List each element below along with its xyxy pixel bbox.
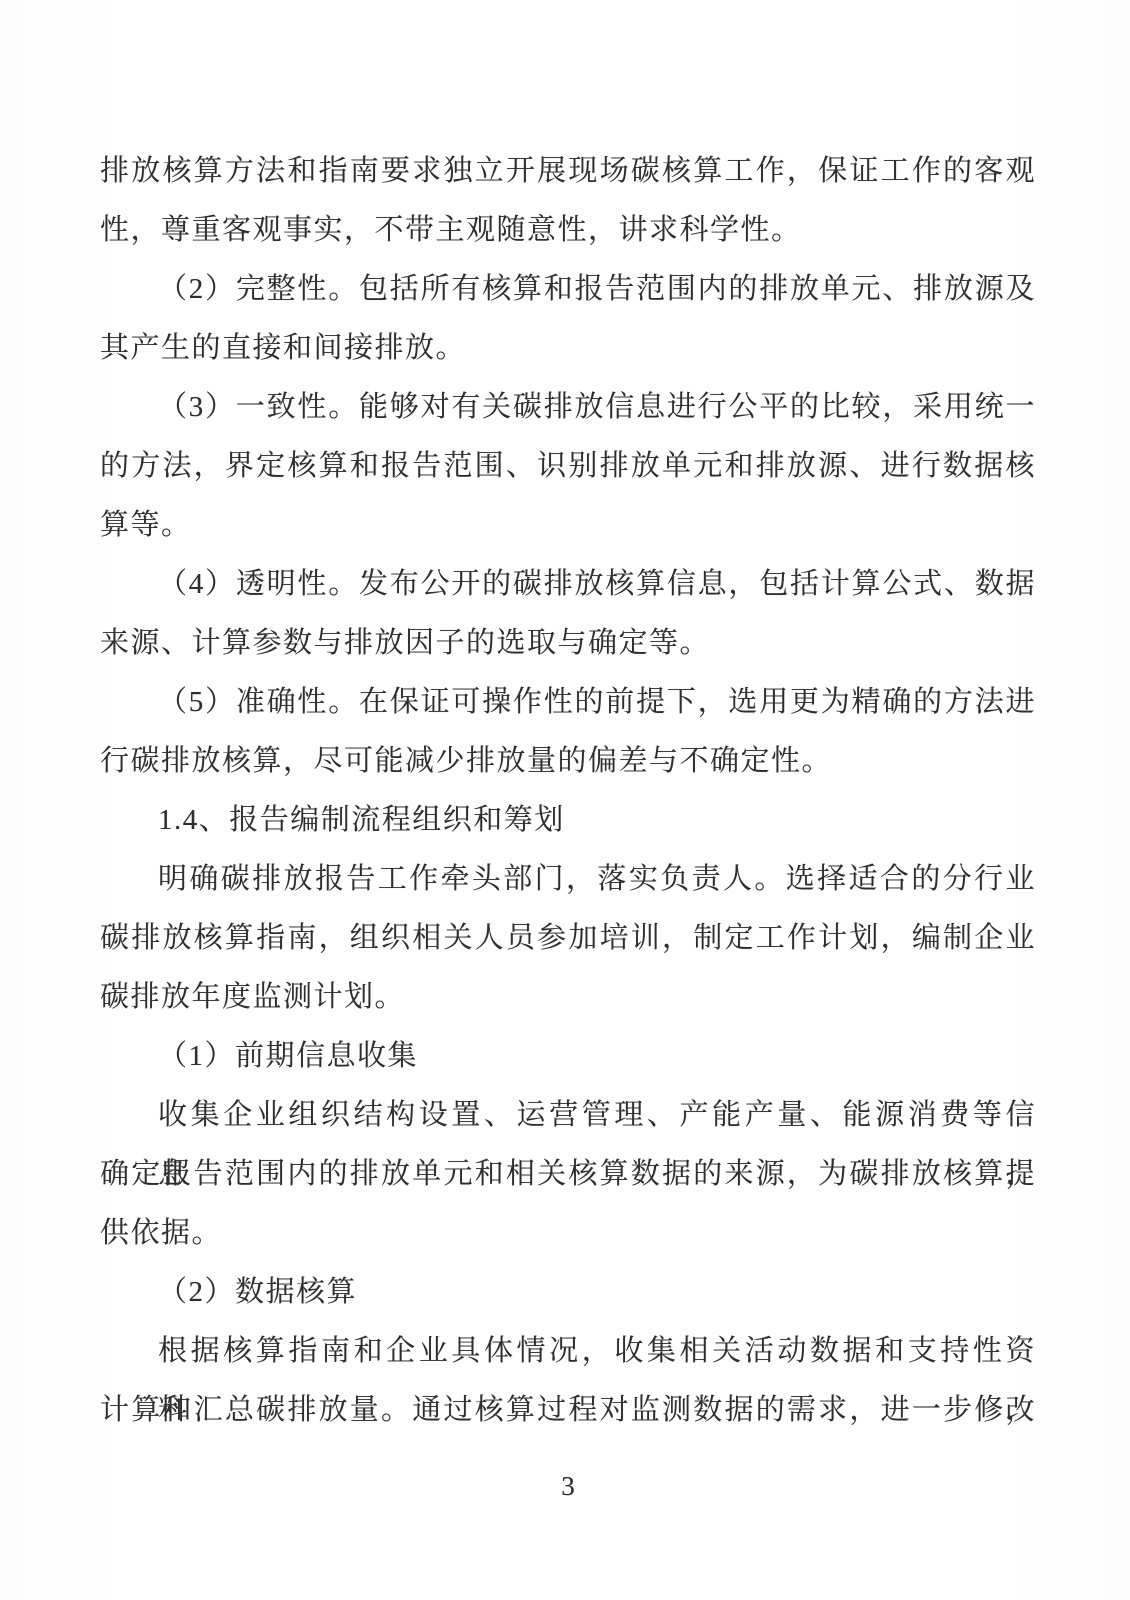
list-item-2-completeness: （2）完整性。包括所有核算和报告范围内的排放单元、排放源及 — [100, 260, 1036, 319]
text-line: 收集企业组织结构设置、运营管理、产能产量、能源消费等信息， — [100, 1086, 1036, 1145]
subsection-heading-2-data-accounting: （2）数据核算 — [100, 1263, 1036, 1322]
text-line: 明确碳排放报告工作牵头部门，落实负责人。选择适合的分行业 — [100, 850, 1036, 909]
text-line: 碳排放年度监测计划。 — [100, 968, 1036, 1027]
document-page: 排放核算方法和指南要求独立开展现场碳核算工作，保证工作的客观 性，尊重客观事实，… — [0, 0, 1130, 1600]
text-line: 根据核算指南和企业具体情况，收集相关活动数据和支持性资料， — [100, 1322, 1036, 1381]
text-line: 其产生的直接和间接排放。 — [100, 319, 1036, 378]
text-line: 行碳排放核算，尽可能减少排放量的偏差与不确定性。 — [100, 732, 1036, 791]
text-line: 算等。 — [100, 496, 1036, 555]
text-line: 排放核算方法和指南要求独立开展现场碳核算工作，保证工作的客观 — [100, 142, 1036, 201]
subsection-heading-1-info-collection: （1）前期信息收集 — [100, 1027, 1036, 1086]
text-line: 碳排放核算指南，组织相关人员参加培训，制定工作计划，编制企业 — [100, 909, 1036, 968]
text-line: 性，尊重客观事实，不带主观随意性，讲求科学性。 — [100, 201, 1036, 260]
text-line: 的方法，界定核算和报告范围、识别排放单元和排放源、进行数据核 — [100, 437, 1036, 496]
text-line: 确定报告范围内的排放单元和相关核算数据的来源，为碳排放核算提 — [100, 1145, 1036, 1204]
list-item-4-transparency: （4）透明性。发布公开的碳排放核算信息，包括计算公式、数据 — [100, 555, 1036, 614]
text-block: 排放核算方法和指南要求独立开展现场碳核算工作，保证工作的客观 性，尊重客观事实，… — [100, 142, 1036, 1440]
text-line: 来源、计算参数与排放因子的选取与确定等。 — [100, 614, 1036, 673]
list-item-5-accuracy: （5）准确性。在保证可操作性的前提下，选用更为精确的方法进 — [100, 673, 1036, 732]
text-line: 供依据。 — [100, 1204, 1036, 1263]
list-item-3-consistency: （3）一致性。能够对有关碳排放信息进行公平的比较，采用统一 — [100, 378, 1036, 437]
section-heading-1-4: 1.4、报告编制流程组织和筹划 — [100, 791, 1036, 850]
page-number: 3 — [100, 1466, 1036, 1506]
text-line: 计算和汇总碳排放量。通过核算过程对监测数据的需求，进一步修改 — [100, 1381, 1036, 1440]
